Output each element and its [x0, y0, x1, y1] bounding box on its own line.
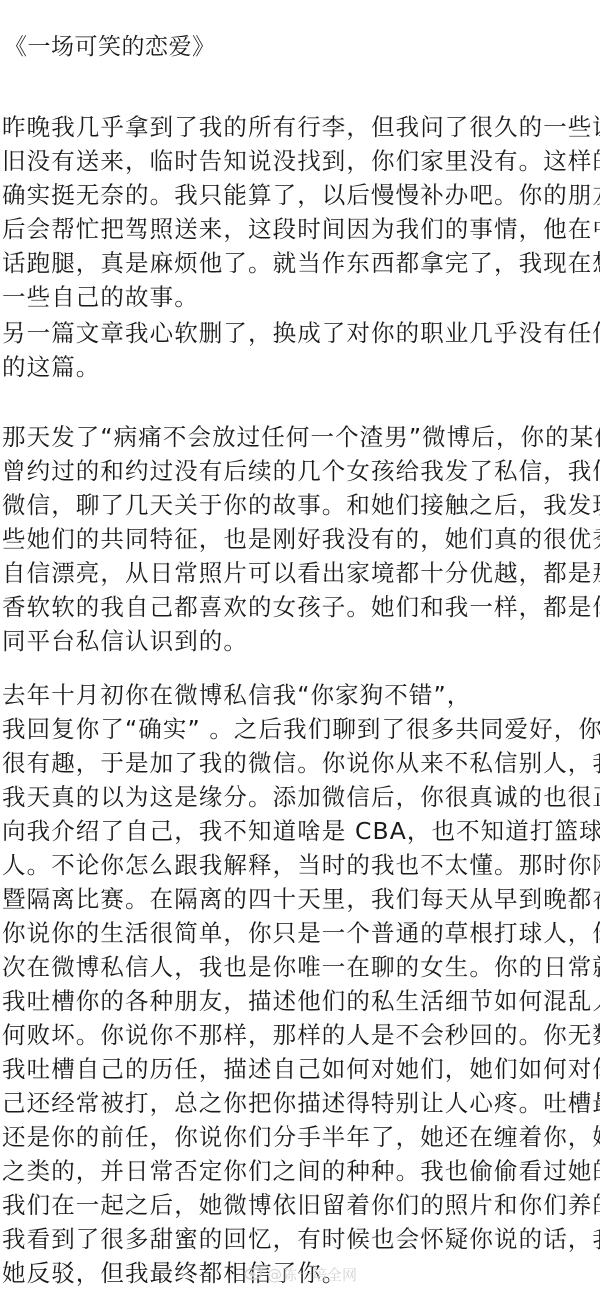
- watermark: @陈一培全网: [244, 1262, 357, 1286]
- text-line: 旧没有送来，临时告知说没找到，你们家里没有。这样的回复，: [2, 144, 600, 178]
- text-line: 香软软的我自己都喜欢的女孩子。她们和我一样，都是你在不: [2, 590, 600, 624]
- text-line: 同平台私信认识到的。: [2, 624, 600, 658]
- text-line: 我看到了很多甜蜜的回忆，有时候也会怀疑你说的话，我会替: [2, 1222, 600, 1256]
- text-line: 人。不论你怎么跟我解释，当时的我也不太懂。那时你刚到诸: [2, 848, 600, 882]
- document-title: 《一场可笑的恋爱》: [4, 30, 216, 64]
- text-line: 曾约过的和约过没有后续的几个女孩给我发了私信，我们加了: [2, 454, 600, 488]
- document-page: 《一场可笑的恋爱》 昨晚我几乎拿到了我的所有行李，但我问了很久的一些证件依 旧没…: [0, 0, 600, 1293]
- text-line: 暨隔离比赛。在隔离的四十天里，我们每天从早到晚都在聊天。: [2, 882, 600, 916]
- text-line: 些她们的共同特征，也是刚好我没有的，她们真的很优秀也很: [2, 522, 600, 556]
- text-line: 之类的，并日常否定你们之间的种种。我也偷偷看过她的微博，: [2, 1154, 600, 1188]
- text-line: 微信，聊了几天关于你的故事。和她们接触之后，我发现了一: [2, 488, 600, 522]
- text-line: 后会帮忙把驾照送来，这段时间因为我们的事情，他在中间传: [2, 212, 600, 246]
- paragraph-2: 另一篇文章我心软删了，换成了对你的职业几乎没有任何影响 的这篇。: [2, 316, 600, 384]
- text-line: 你说你的生活很简单，你只是一个普通的草根打球人，你第一: [2, 916, 600, 950]
- text-line: 一些自己的故事。: [2, 280, 600, 314]
- weibo-logo-icon: [244, 1264, 264, 1284]
- paragraph-3: 那天发了“病痛不会放过任何一个渣男”微博后，你的某任和你 曾约过的和约过没有后续…: [2, 420, 600, 658]
- text-line: 自信漂亮，从日常照片可以看出家境都十分优越，都是那种香: [2, 556, 600, 590]
- text-line: 确实挺无奈的。我只能算了，以后慢慢补办吧。你的朋友说之: [2, 178, 600, 212]
- watermark-text: @陈一培全网: [267, 1264, 357, 1285]
- text-line: 向我介绍了自己，我不知道啥是 CBA，也不知道打篮球是几个: [2, 814, 600, 848]
- text-line: 己还经常被打，总之你把你描述得特别让人心疼。吐槽最多的: [2, 1086, 600, 1120]
- text-line: 另一篇文章我心软删了，换成了对你的职业几乎没有任何影响: [2, 316, 600, 350]
- text-line: 何败坏。你说你不那样，那样的人是不会秒回的。你无数次向: [2, 1018, 600, 1052]
- text-line: 我吐槽你的各种朋友，描述他们的私生活细节如何混乱人品如: [2, 984, 600, 1018]
- text-line: 我吐槽自己的历任，描述自己如何对她们，她们如何对你，自: [2, 1052, 600, 1086]
- text-line: 话跑腿，真是麻烦他了。就当作东西都拿完了，我现在想分享: [2, 246, 600, 280]
- text-line: 还是你的前任，你说你们分手半年了，她还在缠着你，她很烦: [2, 1120, 600, 1154]
- text-line: 我们在一起之后，她微博依旧留着你们的照片和你们养的猫，: [2, 1188, 600, 1222]
- text-line: 我回复你了“确实” 。之后我们聊到了很多共同爱好，你觉得我: [2, 712, 600, 746]
- paragraph-4: 去年十月初你在微博私信我“你家狗不错”， 我回复你了“确实” 。之后我们聊到了很…: [2, 678, 600, 1290]
- text-line: 次在微博私信人，我也是你唯一在聊的女生。你的日常就是向: [2, 950, 600, 984]
- text-line: 我天真的以为这是缘分。添加微信后，你很真诚的也很正式的: [2, 780, 600, 814]
- text-line: 昨晚我几乎拿到了我的所有行李，但我问了很久的一些证件依: [2, 110, 600, 144]
- paragraph-1: 昨晚我几乎拿到了我的所有行李，但我问了很久的一些证件依 旧没有送来，临时告知说没…: [2, 110, 600, 314]
- text-line: 去年十月初你在微博私信我“你家狗不错”，: [2, 678, 600, 712]
- text-line: 那天发了“病痛不会放过任何一个渣男”微博后，你的某任和你: [2, 420, 600, 454]
- text-line: 的这篇。: [2, 350, 600, 384]
- text-line: 很有趣，于是加了我的微信。你说你从来不私信别人，我信了，: [2, 746, 600, 780]
